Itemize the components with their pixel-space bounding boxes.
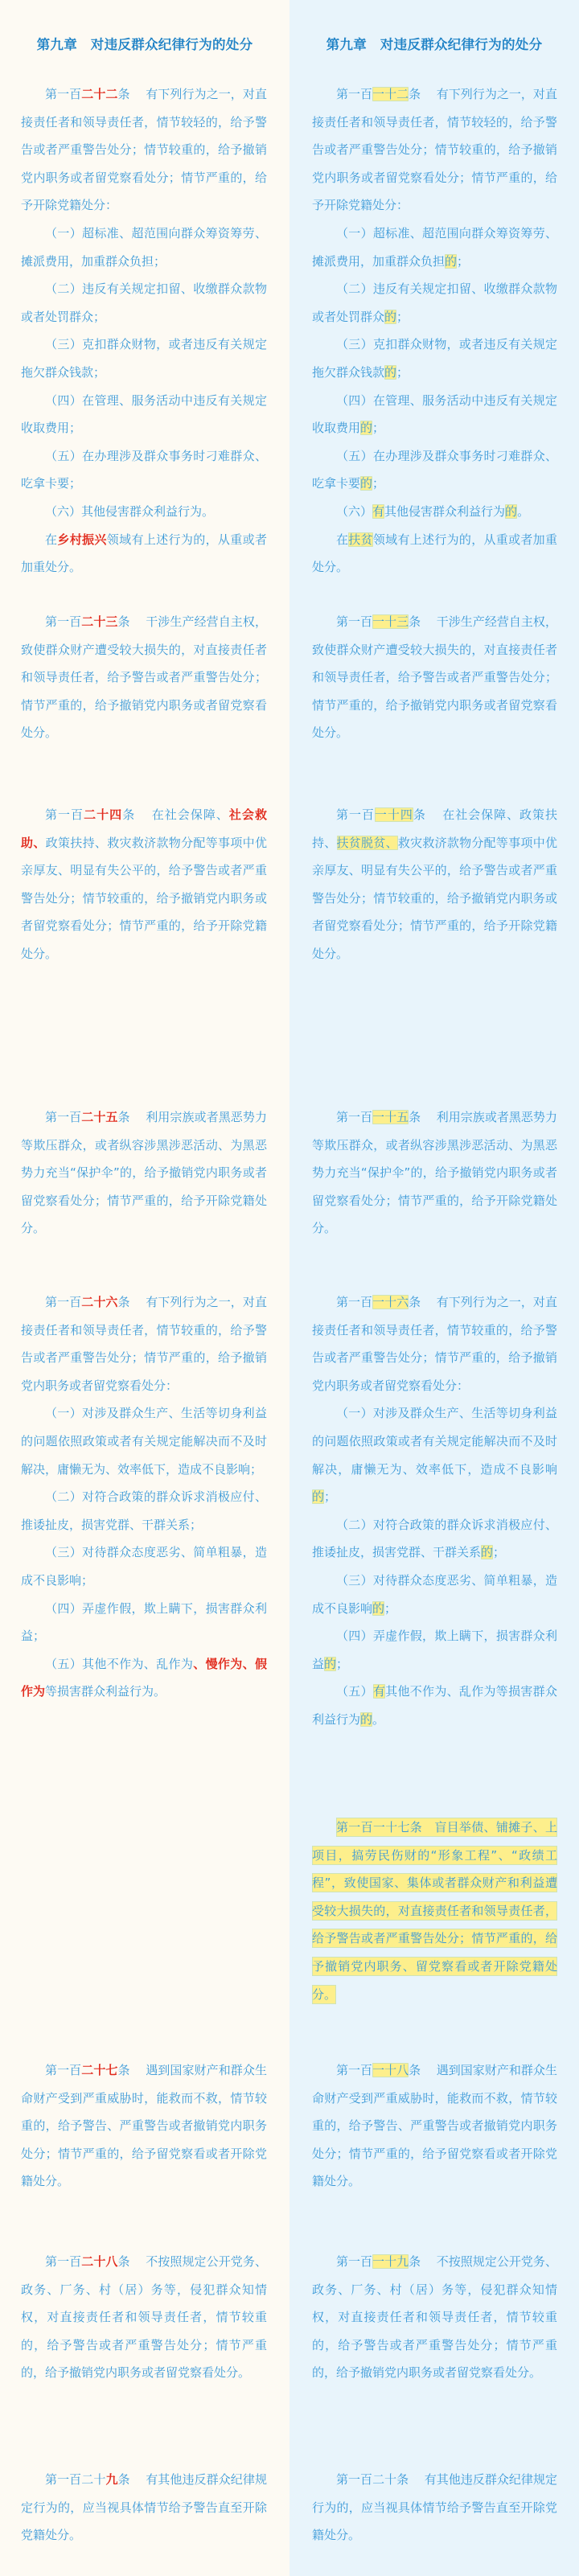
article-115: 第一百一十五条利用宗族或者黑恶势力等欺压群众，或者纵容涉黑涉恶活动、为黑恶势力充… [312, 1103, 557, 1243]
changed-term: 乡村振兴 [57, 532, 106, 547]
article-116: 第一百一十六条有下列行为之一，对直接责任者和领导责任者，情节较重的，给予警告或者… [312, 1288, 557, 1734]
changed-number: 二十四 [84, 807, 122, 822]
list-item: （五）在办理涉及群众事务时刁难群众、吃拿卡要的； [312, 442, 557, 498]
changed-number: 二十六 [81, 1295, 117, 1309]
changed-number: 二十二 [81, 87, 117, 101]
changed-number: 一十三 [372, 614, 409, 629]
article-120: 第一百二十条有其他违反群众纪律规定行为的，应当视具体情节给予警告直至开除党籍处分… [312, 2466, 557, 2549]
article-129: 第一百二十九条有其他违反群众纪律规定行为的，应当视具体情节给予警告直至开除党籍处… [21, 2466, 267, 2549]
list-item: （二）对符合政策的群众诉求消极应付、推诿扯皮，损害党群、干群关系的； [312, 1511, 557, 1567]
article-124: 第一百二十四条在社会保障、社会救助、政策扶持、救灾救济款物分配等事项中优亲厚友、… [21, 801, 267, 968]
comparison-page: 第九章 对违反群众纪律行为的处分 第一百二十二条有下列行为之一，对直接责任者和领… [0, 0, 579, 2576]
list-item: （三）对待群众态度恶劣、简单粗暴，造成不良影响； [21, 1539, 267, 1594]
list-item: （五）在办理涉及群众事务时刁难群众、吃拿卡要； [21, 442, 267, 498]
list-item: （四）弄虚作假，欺上瞒下，损害群众利益； [21, 1595, 267, 1650]
chapter-title: 第九章 对违反群众纪律行为的处分 [0, 34, 289, 53]
article-128: 第一百二十八条不按照规定公开党务、政务、厂务、村（居）务等，侵犯群众知情权，对直… [21, 2248, 267, 2387]
list-item: （一）对涉及群众生产、生活等切身利益的问题依照政策或者有关规定能解决而不及时解决… [21, 1399, 267, 1483]
list-item: （四）在管理、服务活动中违反有关规定收取费用的； [312, 387, 557, 442]
article-119: 第一百一十九条不按照规定公开党务、政务、厂务、村（居）务等，侵犯群众知情权，对直… [312, 2248, 557, 2387]
right-column-original: 第九章 对违反群众纪律行为的处分 第一百一十二条有下列行为之一，对直接责任者和领… [289, 0, 579, 2576]
list-item: （二）对符合政策的群众诉求消极应付、推诿扯皮，损害党群、干群关系； [21, 1483, 267, 1539]
changed-term: 扶贫脱贫、 [337, 836, 398, 850]
changed-number: 一十四 [375, 807, 413, 822]
list-item: （二）违反有关规定扣留、收缴群众款物或者处罚群众； [21, 275, 267, 331]
list-item: （一）对涉及群众生产、生活等切身利益的问题依照政策或者有关规定能解决而不及时解决… [312, 1399, 557, 1510]
changed-number: 二十五 [81, 1110, 117, 1124]
changed-number: 一十八 [372, 2063, 409, 2077]
list-item: （五）其他不作为、乱作为、慢作为、假作为等损害群众利益行为。 [21, 1650, 267, 1706]
list-item: （四）弄虚作假，欺上瞒下，损害群众利益的； [312, 1622, 557, 1678]
article-117-deleted: 第一百一十七条 盲目举债、铺摊子、上项目，搞劳民伤财的“形象工程”、“政绩工程”… [312, 1814, 557, 2008]
article-126: 第一百二十六条有下列行为之一，对直接责任者和领导责任者，情节较重的，给予警告或者… [21, 1288, 267, 1706]
closing-paragraph: 在扶贫领域有上述行为的，从重或者加重处分。 [312, 526, 557, 581]
list-item: （一）超标准、超范围向群众筹资筹劳、摊派费用，加重群众负担的； [312, 220, 557, 275]
article-112: 第一百一十二条有下列行为之一，对直接责任者和领导责任者，情节较轻的，给予警告或者… [312, 80, 557, 581]
list-item: （六）其他侵害群众利益行为。 [21, 498, 267, 526]
article-122: 第一百二十二条有下列行为之一，对直接责任者和领导责任者，情节较轻的，给予警告或者… [21, 80, 267, 581]
list-item: （一）超标准、超范围向群众筹资筹劳、摊派费用，加重群众负担； [21, 220, 267, 275]
list-item: （四）在管理、服务活动中违反有关规定收取费用； [21, 387, 267, 442]
changed-number: 二十八 [81, 2254, 117, 2269]
changed-number: 一十九 [372, 2254, 409, 2269]
list-item: （三）克扣群众财物，或者违反有关规定拖欠群众钱款的； [312, 331, 557, 386]
changed-number: 二十三 [81, 614, 117, 629]
list-item: （六）有其他侵害群众利益行为的。 [312, 498, 557, 526]
list-item: （五）有其他不作为、乱作为等损害群众利益行为的。 [312, 1678, 557, 1733]
changed-number: 一十二 [372, 87, 409, 101]
article-114: 第一百一十四条在社会保障、政策扶持、扶贫脱贫、救灾救济款物分配等事项中优亲厚友、… [312, 801, 557, 968]
left-column-revised: 第九章 对违反群众纪律行为的处分 第一百二十二条有下列行为之一，对直接责任者和领… [0, 0, 289, 2576]
changed-number: 一十五 [372, 1110, 409, 1124]
highlighted-deleted-article: 第一百一十七条 盲目举债、铺摊子、上项目，搞劳民伤财的“形象工程”、“政绩工程”… [312, 1818, 557, 2004]
changed-number: 二十七 [81, 2063, 117, 2077]
closing-paragraph: 在乡村振兴领域有上述行为的，从重或者加重处分。 [21, 526, 267, 581]
changed-number: 一十六 [372, 1295, 409, 1309]
article-118: 第一百一十八条遇到国家财产和群众生命财产受到严重威胁时，能救而不救，情节较重的，… [312, 2056, 557, 2196]
article-113: 第一百一十三条干涉生产经营自主权，致使群众财产遭受较大损失的，对直接责任者和领导… [312, 608, 557, 747]
list-item: （三）对待群众态度恶劣、简单粗暴，造成不良影响的； [312, 1567, 557, 1622]
list-item: （二）违反有关规定扣留、收缴群众款物或者处罚群众的； [312, 275, 557, 331]
chapter-title: 第九章 对违反群众纪律行为的处分 [289, 34, 579, 53]
list-item: （三）克扣群众财物，或者违反有关规定拖欠群众钱款； [21, 331, 267, 386]
article-127: 第一百二十七条遇到国家财产和群众生命财产受到严重威胁时，能救而不救，情节较重的，… [21, 2056, 267, 2196]
article-125: 第一百二十五条利用宗族或者黑恶势力等欺压群众，或者纵容涉黑涉恶活动、为黑恶势力充… [21, 1103, 267, 1243]
changed-number: 九 [105, 2472, 117, 2487]
article-123: 第一百二十三条干涉生产经营自主权，致使群众财产遭受较大损失的，对直接责任者和领导… [21, 608, 267, 747]
article-lead: 第一百二十二条有下列行为之一，对直接责任者和领导责任者，情节较轻的，给予警告或者… [21, 80, 267, 220]
